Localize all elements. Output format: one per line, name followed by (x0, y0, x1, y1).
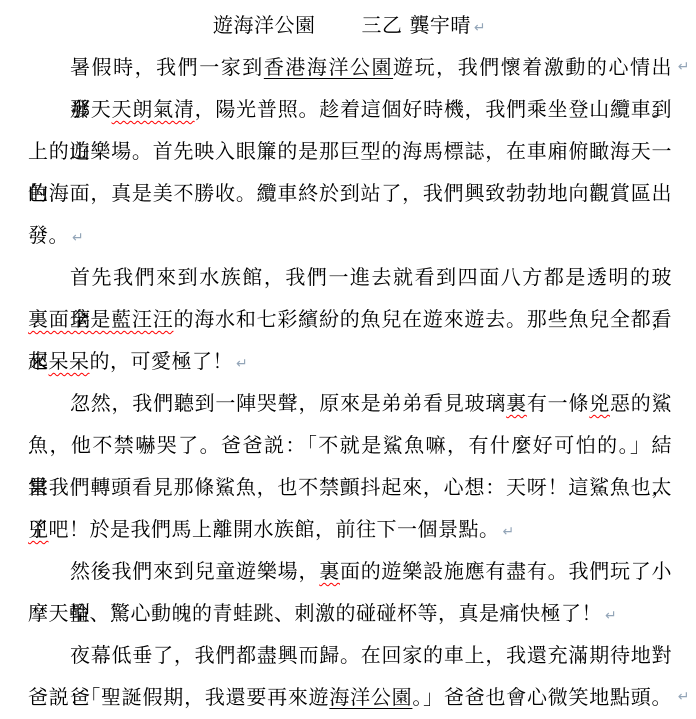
text-line[interactable]: 來呆呆的，可愛極了！↵ (28, 340, 672, 382)
text-segment: 的，可愛極了！ (90, 349, 234, 373)
text-segment: 。」爸爸也會心微笑地點頭。 (412, 685, 672, 709)
text-segment: 當我們轉頭看見那條鯊魚，也不禁顫抖起來，心想：天呀！這鯊魚也太 (28, 475, 672, 499)
document-page[interactable]: 遊海洋公園三乙 龔宇晴↵ 暑假時，我們一家到香港海洋公園遊玩，我們懷着激動的心情… (0, 0, 696, 719)
text-line[interactable]: 發。↵ (28, 214, 672, 256)
paragraph-mark-icon: ↵ (605, 608, 617, 624)
paragraph-mark-icon: ↵ (503, 524, 515, 540)
spellcheck-flagged-text: 呆呆 (49, 349, 90, 373)
text-line[interactable]: 那天天朗氣清，陽光普照。趁着這個好時機，我們乘坐登山纜車到山 (28, 88, 672, 130)
text-segment: 了吧！於是我們馬上離開水族館，前往下一個景點。 (28, 517, 500, 541)
paragraph-mark-icon: ↵ (72, 230, 84, 246)
text-segment: 有一條 (527, 391, 589, 415)
spellcheck-flagged-text: 裏 (319, 559, 340, 583)
text-segment: 的海面，真是美不勝收。纜車終於到站了，我們興致勃勃地向觀賞區出 (28, 181, 672, 205)
text-line[interactable]: 當我們轉頭看見那條鯊魚，也不禁顫抖起來，心想：天呀！這鯊魚也太兇 (28, 466, 672, 508)
text-line[interactable]: 摩天輪、驚心動魄的青蛙跳、刺激的碰碰杯等，真是痛快極了！↵ (28, 592, 672, 634)
text-line[interactable]: 首先我們來到水族館，我們一進去就看到四面八方都是透明的玻璃， (28, 256, 672, 298)
text-segment: 暑假時，我們一家到 (70, 55, 264, 79)
text-line[interactable]: 暑假時，我們一家到香港海洋公園遊玩，我們懷着激動的心情出發。↵ (28, 46, 672, 88)
text-line[interactable]: 的海面，真是美不勝收。纜車終於到站了，我們興致勃勃地向觀賞區出 (28, 172, 672, 214)
underlined-text: 海洋公園 (329, 685, 412, 709)
spellcheck-flagged-text: 天朗氣清 (112, 97, 195, 121)
text-line[interactable]: 魚，他不禁嚇哭了。爸爸説：「不就是鯊魚嘛，有什麼好可怕的。」結果， (28, 424, 672, 466)
text-line[interactable]: 了吧！於是我們馬上離開水族館，前往下一個景點。↵ (28, 508, 672, 550)
paragraph-mark-icon: ↵ (678, 46, 690, 88)
essay-byline: 三乙 龔宇晴 (362, 13, 471, 37)
text-line[interactable]: 上的遊樂場。首先映入眼簾的是那巨型的海馬標誌，在車廂俯瞰海天一色 (28, 130, 672, 172)
text-segment: 摩天輪、驚心動魄的青蛙跳、刺激的碰碰杯等，真是痛快極了！ (28, 601, 602, 625)
text-line[interactable]: 爸説：「聖誕假期，我還要再來遊海洋公園。」爸爸也會心微笑地點頭。↵ (28, 676, 672, 718)
underlined-text: 香港海洋公園 (264, 55, 393, 79)
essay-title: 遊海洋公園 (213, 13, 316, 37)
paragraph-mark-icon: ↵ (236, 356, 248, 372)
text-segment: 忽然，我們聽到一陣哭聲，原來是弟弟看見玻璃 (70, 391, 506, 415)
spellcheck-flagged-text: 裏面全是藍汪汪 (28, 307, 173, 331)
text-line[interactable]: 裏面全是藍汪汪的海水和七彩繽紛的魚兒在遊來遊去。那些魚兒全都看起 (28, 298, 672, 340)
text-line[interactable]: 夜幕低垂了，我們都盡興而歸。在回家的車上，我還充滿期待地對爸 (28, 634, 672, 676)
text-segment: 惡的鯊 (610, 391, 672, 415)
text-segment: 發。 (28, 223, 69, 247)
text-line[interactable]: 然後我們來到兒童遊樂場，裏面的遊樂設施應有盡有。我們玩了小型 (28, 550, 672, 592)
spellcheck-flagged-text: 裏 (506, 391, 527, 415)
essay-body: 暑假時，我們一家到香港海洋公園遊玩，我們懷着激動的心情出發。↵那天天朗氣清，陽光… (28, 46, 672, 718)
text-segment: 然後我們來到兒童遊樂場， (70, 559, 319, 583)
text-line[interactable]: 忽然，我們聽到一陣哭聲，原來是弟弟看見玻璃裏有一條兇惡的鯊 (28, 382, 672, 424)
paragraph-mark-icon: ↵ (678, 676, 690, 718)
paragraph-mark-icon: ↵ (474, 20, 486, 36)
spellcheck-flagged-text: 兇 (589, 391, 610, 415)
text-segment: 那天 (70, 97, 112, 121)
text-segment: 來 (28, 349, 49, 373)
text-segment: 爸説：「聖誕假期，我還要再來遊 (28, 685, 329, 709)
title-line[interactable]: 遊海洋公園三乙 龔宇晴↵ (28, 4, 672, 46)
